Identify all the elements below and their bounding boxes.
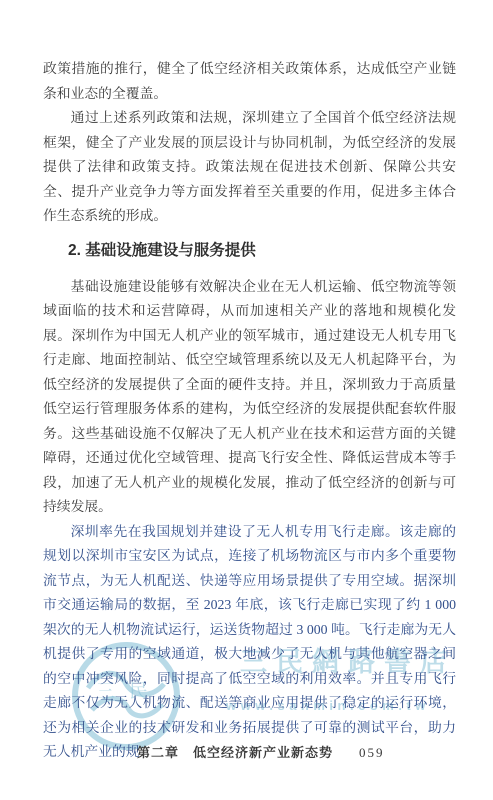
footer-page-number: 059	[359, 745, 385, 761]
paragraph-policy-measures: 政策措施的推行，健全了低空经济相关政策体系，达成低空产业链条和业态的全覆盖。	[43, 57, 456, 106]
section-heading: 2. 基础设施建设与服务提供	[43, 241, 456, 261]
paragraph-legal-framework: 通过上述系列政策和法规，深圳建立了全国首个低空经济法规框架，健全了产业发展的顶层…	[43, 106, 456, 229]
footer-chapter-title: 第二章 低空经济新产业新态势	[137, 742, 333, 761]
paragraph-infrastructure: 基础设施建设能够有效解决企业在无人机运输、低空物流等领域面临的技术和运营障碍，从…	[43, 275, 456, 520]
highlighted-paragraph-flight-corridor: 深圳率先在我国规划并建设了无人机专用飞行走廊。该走廊的规划以深圳市宝安区为试点，…	[43, 520, 456, 765]
book-page: 三民 三民網路書店 www.sanmin.com.tw 政策措施的推行，健全了低…	[0, 0, 493, 800]
page-footer: 第二章 低空经济新产业新态势 059	[137, 742, 385, 761]
page-content: 政策措施的推行，健全了低空经济相关政策体系，达成低空产业链条和业态的全覆盖。 通…	[43, 0, 456, 765]
